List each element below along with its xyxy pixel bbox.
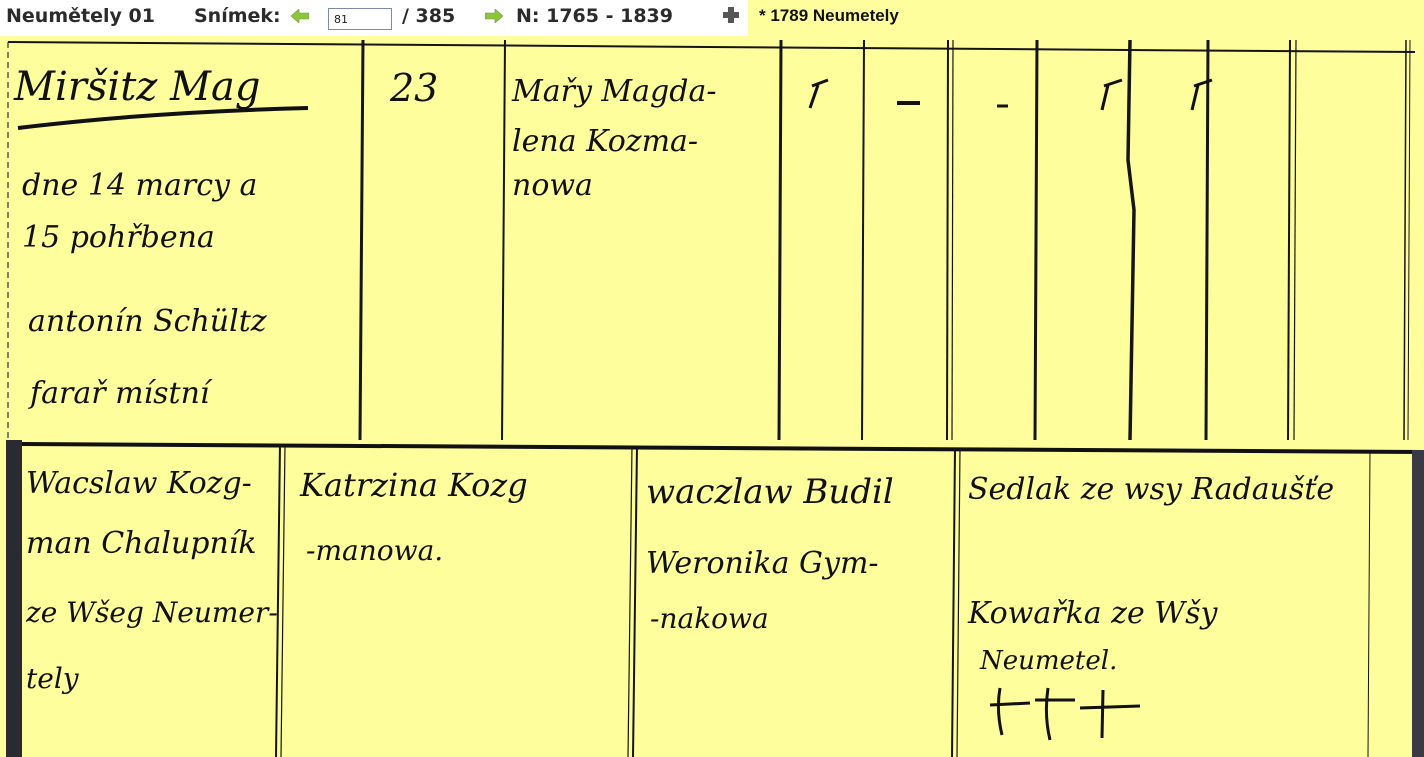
entry-text-line: Katrzina Kozg	[300, 466, 528, 504]
entry-text-line: tely	[26, 662, 79, 695]
frame-number-input[interactable]	[328, 8, 392, 30]
viewer-toolbar: Neumětely 01 Snímek: / 385 N: 1765 - 183…	[0, 0, 748, 36]
entry-text-line: waczlaw Budil	[646, 472, 894, 512]
entry-text-line: Mařy Magda-	[512, 74, 716, 109]
register-grid-lines	[0, 36, 1424, 757]
entry-text-line: ze Wšeg Neumer-	[26, 596, 278, 629]
entry-text-line: Neumetel.	[980, 646, 1117, 676]
entry-name: Miršitz Mag	[14, 64, 260, 110]
entry-text-line: Kowařka ze Wšy	[968, 596, 1217, 631]
arrow-left-icon[interactable]	[291, 9, 309, 23]
total-frames: / 385	[402, 5, 455, 27]
arrow-right-icon[interactable]	[485, 9, 503, 23]
entry-text-line: -nakowa	[650, 602, 769, 635]
entry-text-line: nowa	[512, 168, 593, 203]
entry-text-line: antonín Schültz	[28, 304, 267, 339]
year-range: N: 1765 - 1839	[516, 5, 673, 27]
frame-label: Snímek:	[194, 5, 281, 27]
plus-icon[interactable]	[721, 5, 741, 25]
register-scan-image[interactable]: Miršitz Mag dne 14 marcy a 15 pohřbena a…	[0, 36, 1424, 757]
entry-text-line: -manowa.	[306, 534, 443, 567]
entry-text-line: farař místní	[30, 376, 210, 411]
entry-text-line: lena Kozma-	[512, 124, 698, 159]
register-title: Neumětely 01	[6, 5, 155, 27]
record-label: * 1789 Neumetely	[759, 6, 899, 26]
entry-text-line: Weronika Gym-	[646, 546, 879, 581]
entry-text-line: Sedlak ze wsy Radaušťe	[968, 472, 1334, 507]
entry-text-line: Wacslaw Kozg-	[26, 466, 252, 501]
entry-age: 23	[390, 66, 438, 110]
entry-text-line: dne 14 marcy a	[22, 168, 257, 203]
entry-text-line: 15 pohřbena	[22, 220, 215, 255]
entry-text-line: man Chalupník	[26, 526, 257, 561]
